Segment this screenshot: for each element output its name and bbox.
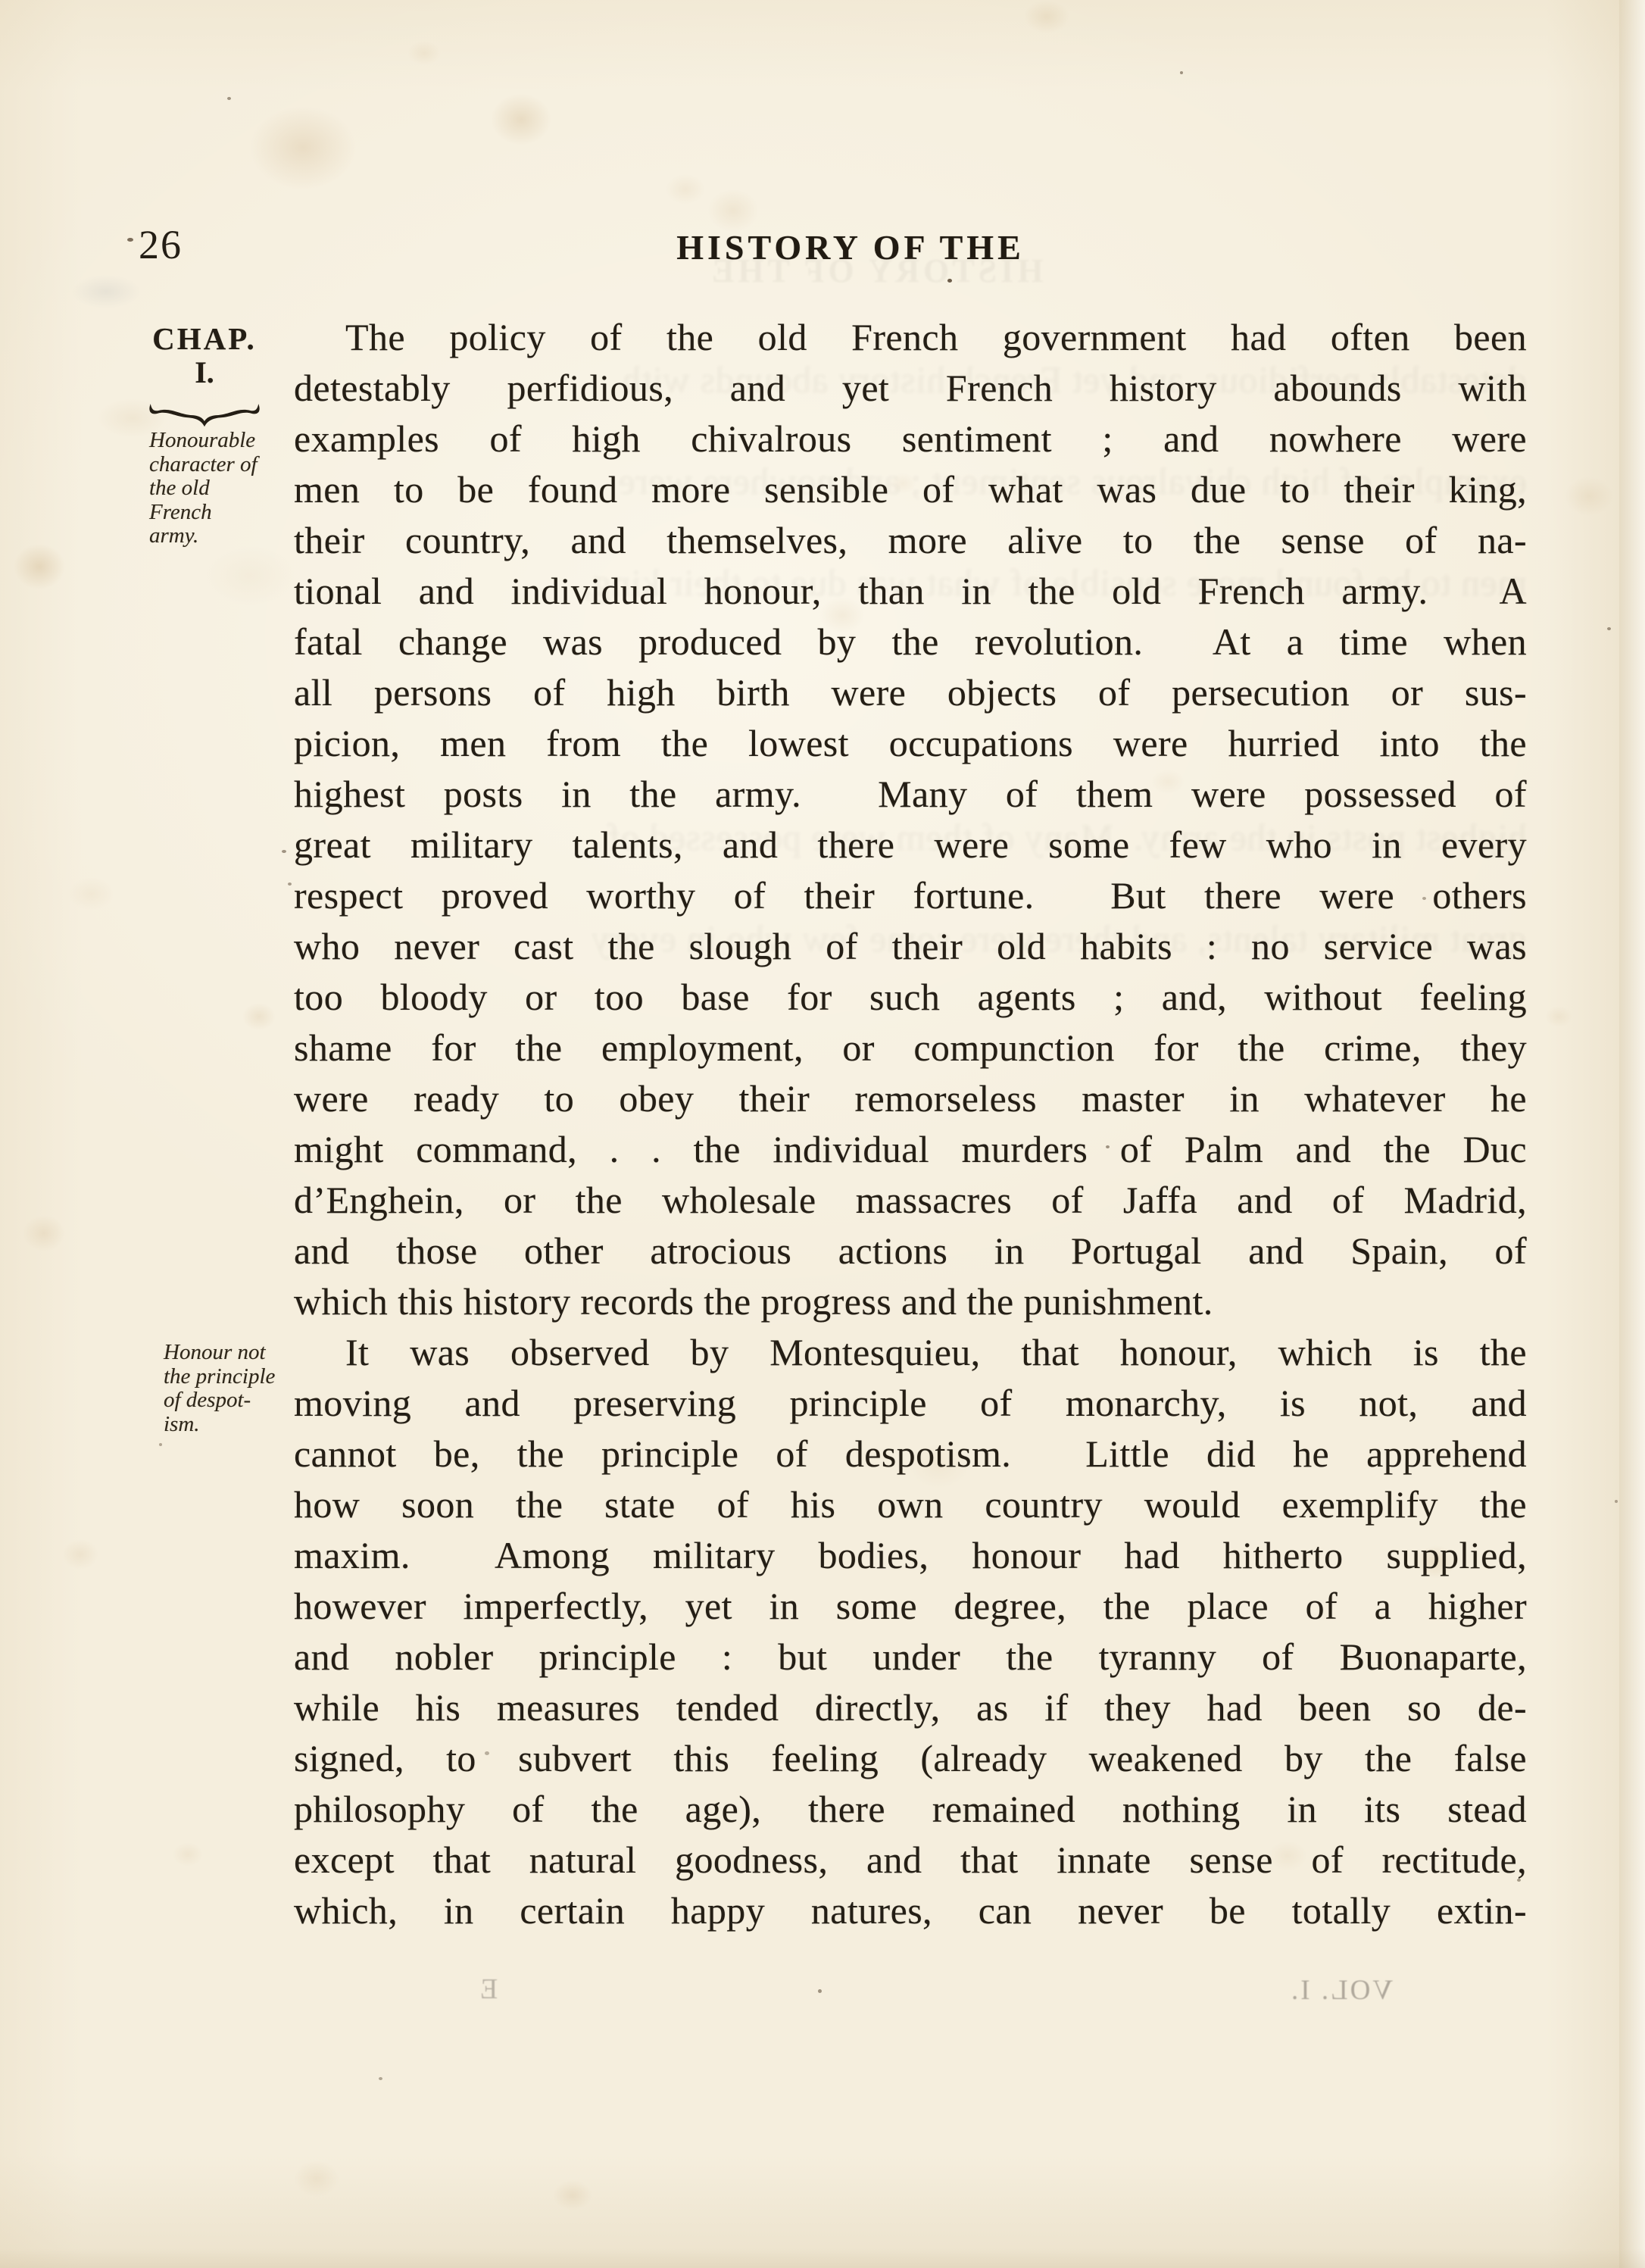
body-line: detestably perfidious, and yet French hi… bbox=[294, 363, 1527, 414]
chapter-numeral: I. bbox=[136, 356, 273, 389]
body-line: their country, and themselves, more aliv… bbox=[294, 515, 1527, 566]
margin-note-line: army. bbox=[149, 524, 297, 548]
body-text: The policy of the old French government … bbox=[294, 312, 1527, 1936]
body-line: too bloody or too base for such agents ;… bbox=[294, 972, 1527, 1023]
body-line: and nobler principle : but under the tyr… bbox=[294, 1632, 1527, 1682]
body-line: cannot be, the principle of despotism. L… bbox=[294, 1429, 1527, 1479]
body-line: shame for the employment, or compunction… bbox=[294, 1023, 1527, 1073]
body-line: d’Enghein, or the wholesale massacres of… bbox=[294, 1175, 1527, 1226]
chapter-heading: CHAP. I. bbox=[136, 321, 273, 427]
page-number: 26 bbox=[139, 221, 183, 268]
body-line: examples of high chivalrous sentiment ; … bbox=[294, 414, 1527, 464]
body-line: who never cast the slough of their old h… bbox=[294, 921, 1527, 972]
margin-note-line: of despot- bbox=[164, 1389, 311, 1413]
body-line: picion, men from the lowest occupations … bbox=[294, 718, 1527, 769]
body-line: except that natural goodness, and that i… bbox=[294, 1835, 1527, 1885]
body-line: were ready to obey their remorseless mas… bbox=[294, 1073, 1527, 1124]
body-line: however imperfectly, yet in some degree,… bbox=[294, 1581, 1527, 1632]
body-line: great military talents, and there were s… bbox=[294, 820, 1527, 870]
chapter-brace-ornament bbox=[142, 398, 267, 427]
body-line: philosophy of the age), there remained n… bbox=[294, 1784, 1527, 1835]
margin-note-line: French bbox=[149, 501, 297, 525]
body-line: It was observed by Montesquieu, that hon… bbox=[294, 1327, 1527, 1378]
body-line: how soon the state of his own country wo… bbox=[294, 1479, 1527, 1530]
body-line: which this history records the progress … bbox=[294, 1276, 1527, 1327]
body-line: fatal change was produced by the revolut… bbox=[294, 617, 1527, 667]
body-line: signed, to subvert this feeling (already… bbox=[294, 1733, 1527, 1784]
margin-note-line: ism. bbox=[164, 1413, 311, 1437]
margin-note-line: the principle bbox=[164, 1365, 311, 1389]
body-line: which, in certain happy natures, can nev… bbox=[294, 1885, 1527, 1936]
body-line: while his measures tended directly, as i… bbox=[294, 1682, 1527, 1733]
body-line: moving and preserving principle of monar… bbox=[294, 1378, 1527, 1429]
margin-note-line: character of bbox=[149, 453, 297, 477]
chapter-label: CHAP. bbox=[136, 321, 273, 356]
body-line: all persons of high birth were objects o… bbox=[294, 667, 1527, 718]
margin-note-line: the old bbox=[149, 476, 297, 501]
body-line: men to be found more sensible of what wa… bbox=[294, 464, 1527, 515]
margin-note-honourable-character: Honourablecharacter ofthe oldFrencharmy. bbox=[149, 429, 297, 548]
margin-note-line: Honour not bbox=[164, 1341, 311, 1365]
body-line: might command, . . the individual murder… bbox=[294, 1124, 1527, 1175]
margin-note-line: Honourable bbox=[149, 429, 297, 453]
body-line: tional and individual honour, than in th… bbox=[294, 566, 1527, 617]
body-line: highest posts in the army. Many of them … bbox=[294, 769, 1527, 820]
body-line: and those other atrocious actions in Por… bbox=[294, 1226, 1527, 1276]
body-line: The policy of the old French government … bbox=[294, 312, 1527, 363]
body-line: respect proved worthy of their fortune. … bbox=[294, 870, 1527, 921]
margin-note-honour-despotism: Honour notthe principleof despot-ism. bbox=[164, 1341, 311, 1436]
body-line: maxim. Among military bodies, honour had… bbox=[294, 1530, 1527, 1581]
running-head: HISTORY OF THE bbox=[676, 227, 1025, 267]
